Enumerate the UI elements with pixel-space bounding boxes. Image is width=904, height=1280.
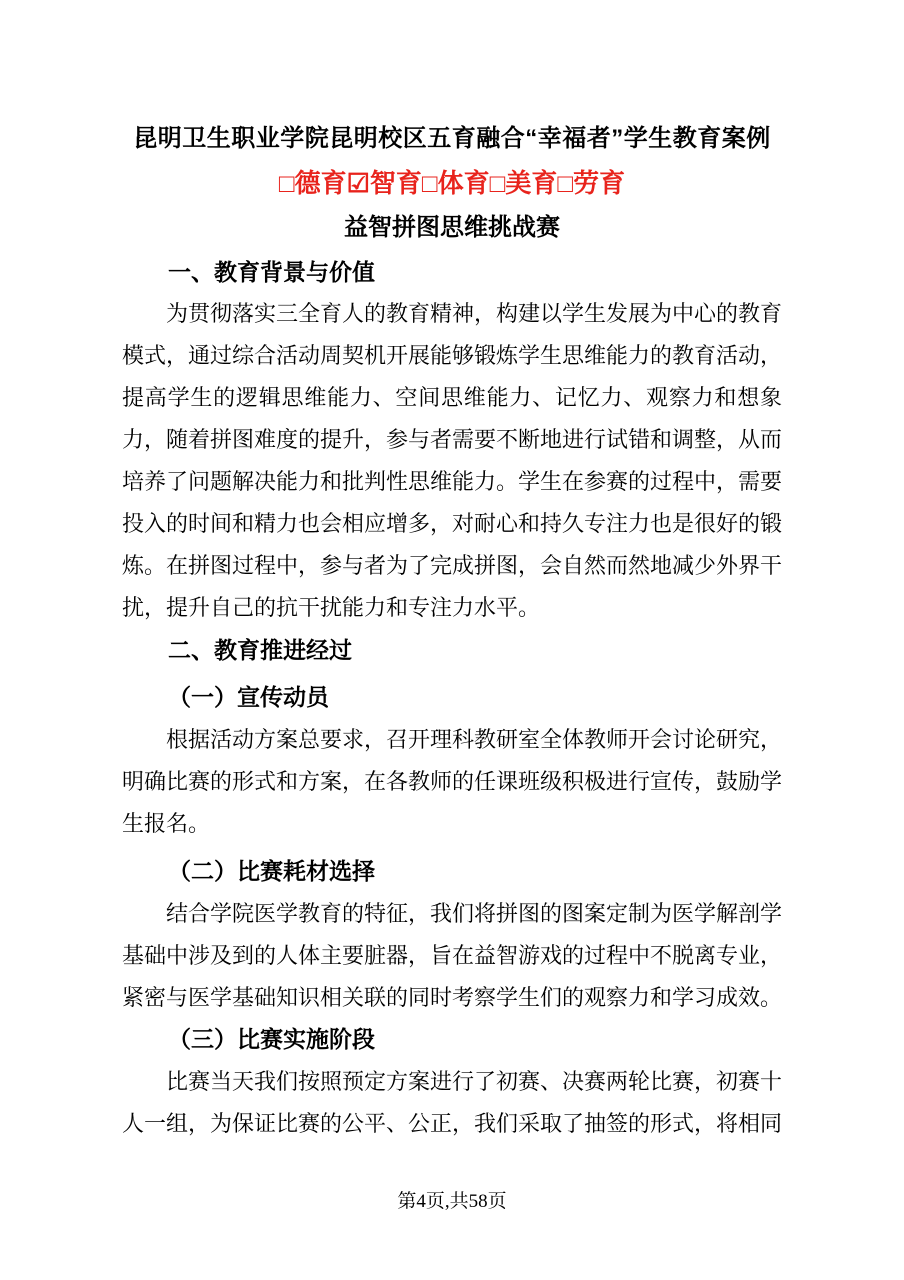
document-page: 昆明卫生职业学院昆明校区五育融合“幸福者”学生教育案例 □德育☑智育□体育□美育… xyxy=(0,0,904,1280)
checkbox-item-meiyu: □美育 xyxy=(490,168,558,198)
section-heading-2: 二、教育推进经过 xyxy=(122,629,782,671)
checkbox-label: 体育 xyxy=(438,168,490,198)
education-type-checkbox-line: □德育☑智育□体育□美育□劳育 xyxy=(122,161,782,205)
document-content: 昆明卫生职业学院昆明校区五育融合“幸福者”学生教育案例 □德育☑智育□体育□美育… xyxy=(122,117,782,1145)
unchecked-checkbox-icon: □ xyxy=(557,168,573,198)
checkbox-label: 美育 xyxy=(505,168,557,198)
checkbox-item-laoyu: □劳育 xyxy=(557,168,625,198)
unchecked-checkbox-icon: □ xyxy=(490,168,506,198)
checkbox-item-zhiyu: ☑智育 xyxy=(347,168,422,198)
checked-checkbox-icon: ☑ xyxy=(347,168,370,198)
section-heading-1: 一、教育背景与价值 xyxy=(122,251,782,293)
checkbox-label: 劳育 xyxy=(573,168,625,198)
subsection-2-paragraph: 结合学院医学教育的特征，我们将拼图的图案定制为医学解剖学基础中涉及到的人体主要脏… xyxy=(122,893,782,1019)
checkbox-item-tiyu: □体育 xyxy=(422,168,490,198)
section-1-paragraph: 为贯彻落实三全育人的教育精神，构建以学生发展为中心的教育模式，通过综合活动周契机… xyxy=(122,293,782,629)
document-title: 昆明卫生职业学院昆明校区五育融合“幸福者”学生教育案例 xyxy=(122,117,782,161)
checkbox-label: 智育 xyxy=(370,168,422,198)
subsection-heading-1: （一）宣传动员 xyxy=(122,677,782,719)
subsection-1-paragraph: 根据活动方案总要求，召开理科教研室全体教师开会讨论研究，明确比赛的形式和方案，在… xyxy=(122,719,782,845)
subsection-3-paragraph: 比赛当天我们按照预定方案进行了初赛、决赛两轮比赛，初赛十人一组，为保证比赛的公平… xyxy=(122,1061,782,1145)
page-number-footer: 第4页,共58页 xyxy=(0,1189,904,1215)
checkbox-label: 德育 xyxy=(295,168,347,198)
unchecked-checkbox-icon: □ xyxy=(422,168,438,198)
subsection-heading-3: （三）比赛实施阶段 xyxy=(122,1019,782,1061)
document-subtitle: 益智拼图思维挑战赛 xyxy=(122,205,782,251)
checkbox-item-deyu: □德育 xyxy=(279,168,347,198)
unchecked-checkbox-icon: □ xyxy=(279,168,295,198)
subsection-heading-2: （二）比赛耗材选择 xyxy=(122,851,782,893)
